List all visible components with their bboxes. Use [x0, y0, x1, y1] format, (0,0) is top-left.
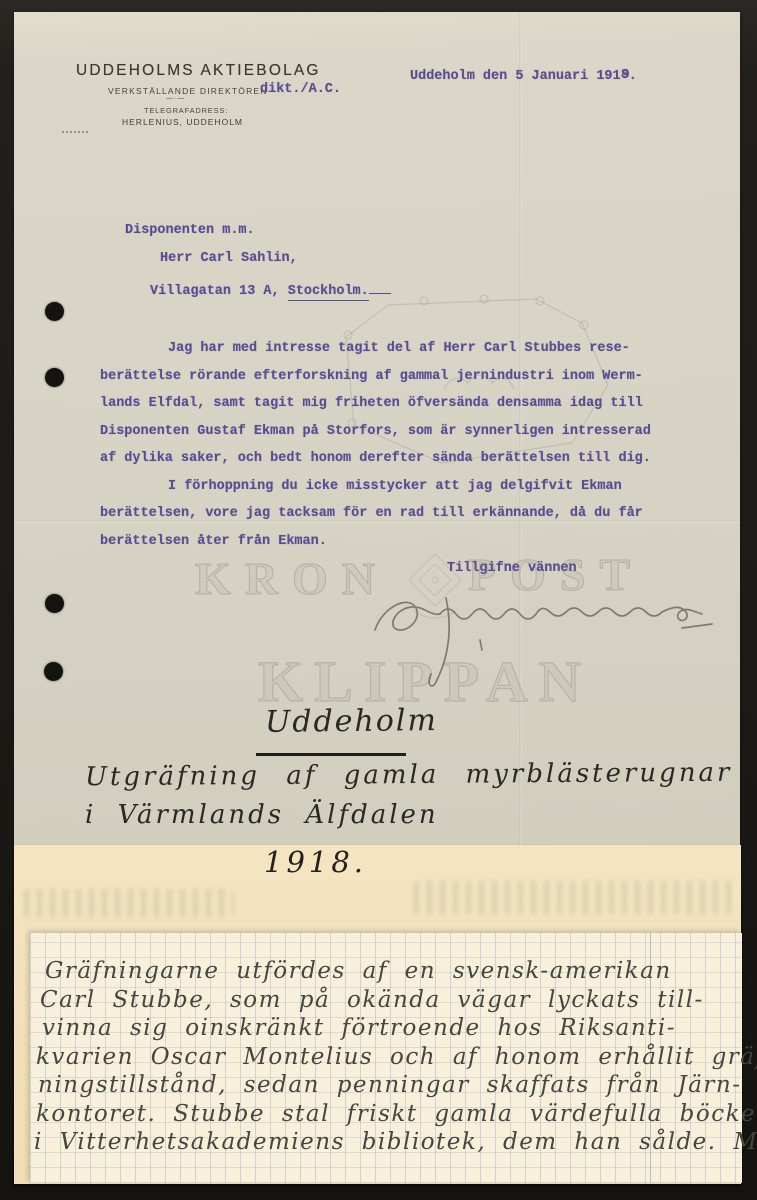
body-line: af dylika saker, och bedt honom derefter…	[100, 451, 651, 466]
signature-handwriting	[360, 582, 720, 712]
recipient-address: Villagatan 13 A, Stockholm.	[150, 279, 391, 299]
note-line: Gräfningarne utfördes af en svensk-ameri…	[45, 958, 672, 984]
letterhead-telegraph-label: TELEGRAFADRESS:	[144, 106, 228, 115]
letterhead-telegraph-address: HERLENIUS, UDDEHOLM	[122, 117, 243, 127]
annotation-title-underline	[256, 753, 406, 756]
annotation-line-2: i Värmlands Älfdalen	[85, 800, 439, 830]
punch-hole	[45, 368, 64, 387]
recipient-street: Villagatan 13 A,	[150, 284, 288, 299]
body-line: I förhoppning du icke misstycker att jag…	[100, 479, 622, 494]
note-line: ningstillstånd, sedan penningar skaffats…	[38, 1072, 741, 1098]
printer-mark	[62, 131, 88, 133]
note-sheet: Gräfningarne utfördes af en svensk-ameri…	[30, 933, 742, 1183]
body-line: berättelsen åter från Ekman.	[100, 534, 327, 549]
recipient-role: Disponenten m.m.	[125, 223, 255, 238]
annotation-line-1: Utgräfning af gamla myrblästerugnar	[85, 758, 733, 793]
annotation-year: 1918.	[264, 845, 367, 879]
note-line: Carl Stubbe, som på okända vägar lyckats…	[40, 987, 704, 1013]
body-line: berättelse rörande efterforskning af gam…	[100, 369, 643, 384]
overstruck-year-digit: 89	[621, 68, 629, 84]
body-line: Jag har med intresse tagit del af Herr C…	[100, 341, 630, 356]
note-line: kvarien Oscar Montelius och af honom erh…	[36, 1044, 757, 1070]
letterhead-divider: —·—	[166, 95, 185, 102]
annotation-title: Uddeholm	[265, 703, 438, 740]
letterhead-director-line: VERKSTÄLLANDE DIREKTÖREN	[108, 86, 268, 96]
ink-showthrough-left	[24, 889, 234, 917]
note-line: vinna sig oinskränkt förtroende hos Riks…	[42, 1015, 676, 1041]
dateline: Uddeholm den 5 Januari 19189.	[410, 68, 637, 84]
note-line: i Vitterhetsakademiens bibliotek, dem ha…	[34, 1129, 757, 1155]
punch-hole	[44, 662, 63, 681]
closing-salutation: Tillgifne vännen	[447, 561, 577, 576]
scanned-letter-page: KRON POST KLIPPAN UDDEHOLMS AKTIEBOLAG V…	[0, 0, 757, 1200]
dateline-text: Uddeholm den 5 Januari 191	[410, 69, 621, 84]
recipient-name: Herr Carl Sahlin,	[160, 251, 298, 266]
recipient-city-underlined: Stockholm.	[288, 284, 369, 301]
typed-reference: dikt./A.C.	[260, 82, 341, 97]
body-line: lands Elfdal, samt tagit mig friheten öf…	[100, 396, 643, 411]
punch-hole	[45, 302, 64, 321]
note-line: kontoret. Stubbe stal friskt gamla värde…	[36, 1101, 757, 1127]
body-line: Disponenten Gustaf Ekman på Storfors, so…	[100, 424, 651, 439]
letterhead-company-name: UDDEHOLMS AKTIEBOLAG	[76, 62, 321, 80]
letter-sheet: KRON POST KLIPPAN UDDEHOLMS AKTIEBOLAG V…	[14, 12, 740, 845]
body-line: berättelsen, vore jag tacksam för en rad…	[100, 506, 643, 521]
underline-tail	[369, 279, 391, 294]
ink-showthrough-right	[414, 881, 736, 914]
punch-hole	[45, 594, 64, 613]
